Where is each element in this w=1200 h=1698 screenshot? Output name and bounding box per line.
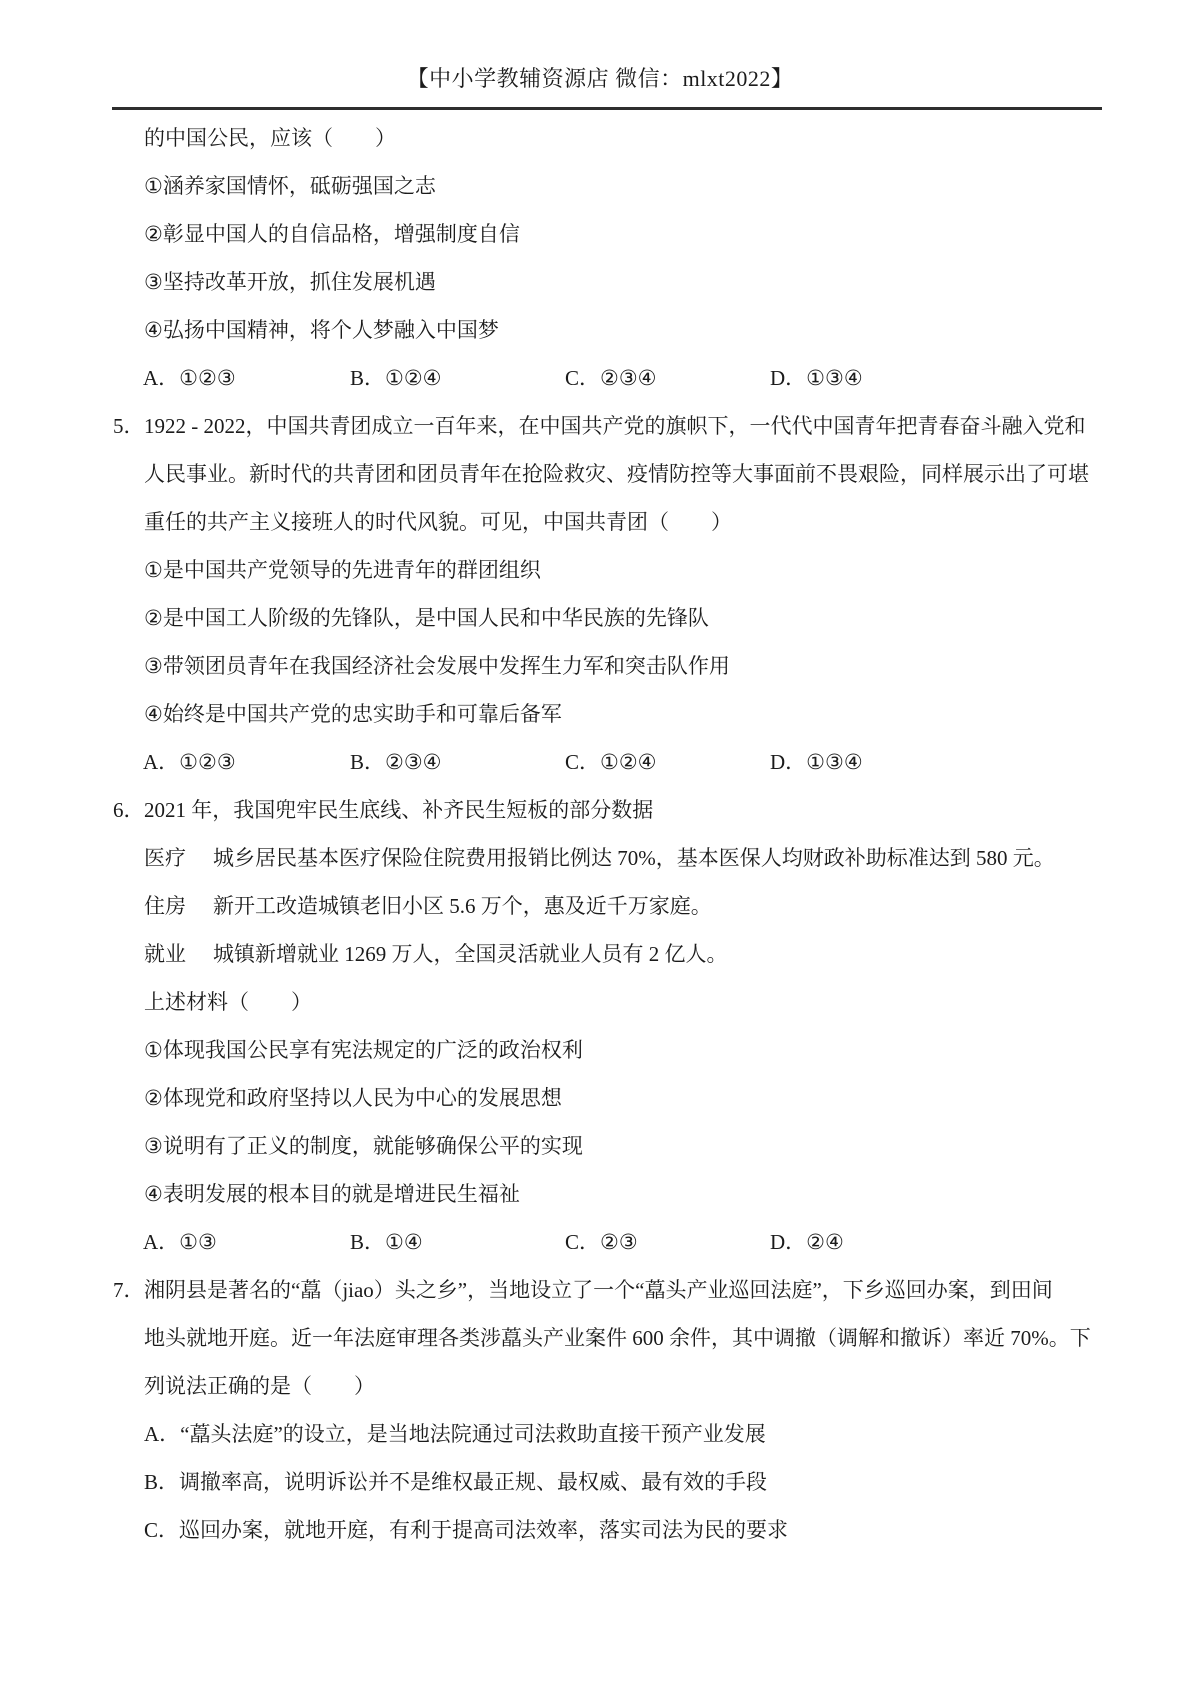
question-stem-text: 湘阴县是著名的“藠（jiao）头之乡”，当地设立了一个“藠头产业巡回法庭”，下乡… bbox=[144, 1278, 1053, 1302]
option-d: D．①③④ bbox=[770, 738, 863, 786]
option-line-c: C．巡回办案，就地开庭，有利于提高司法效率，落实司法为民的要求 bbox=[0, 1506, 1200, 1554]
data-row-label: 医疗 bbox=[144, 834, 213, 882]
statement-item-3: ③坚持改革开放，抓住发展机遇 bbox=[0, 258, 1200, 306]
question-4-continuation: 的中国公民，应该（ ） ①涵养家国情怀，砥砺强国之志 ②彰显中国人的自信品格，增… bbox=[0, 114, 1200, 402]
options-row: A．①③B．①④C．②③D．②④ bbox=[0, 1218, 1200, 1266]
question-stem-line: 的中国公民，应该（ ） bbox=[0, 114, 1200, 162]
options-row: A．①②③B．②③④C．①②④D．①③④ bbox=[0, 738, 1200, 786]
statement-item-1: ①是中国共产党领导的先进青年的群团组织 bbox=[0, 546, 1200, 594]
options-row: A．①②③B．①②④C．②③④D．①③④ bbox=[0, 354, 1200, 402]
question-6: 6．2021 年，我国兜牢民生底线、补齐民生短板的部分数据 医疗城乡居民基本医疗… bbox=[0, 786, 1200, 1266]
question-stem-line: 5．1922 - 2022，中国共青团成立一百年来，在中国共产党的旗帜下，一代代… bbox=[0, 402, 1200, 450]
data-row-label: 就业 bbox=[144, 930, 213, 978]
option-line-a: A．“藠头法庭”的设立，是当地法院通过司法救助直接干预产业发展 bbox=[0, 1410, 1200, 1458]
data-row-medical: 医疗城乡居民基本医疗保险住院费用报销比例达 70%，基本医保人均财政补助标准达到… bbox=[0, 834, 1200, 882]
option-a: A．①③ bbox=[143, 1218, 350, 1266]
header-credit: 【中小学教辅资源店 微信：mlxt2022】 bbox=[0, 0, 1200, 94]
data-row-text: 城乡居民基本医疗保险住院费用报销比例达 70%，基本医保人均财政补助标准达到 5… bbox=[213, 846, 1055, 870]
option-d: D．②④ bbox=[770, 1218, 844, 1266]
option-a: A．①②③ bbox=[143, 738, 350, 786]
question-stem-line: 重任的共产主义接班人的时代风貌。可见，中国共青团（ ） bbox=[0, 498, 1200, 546]
question-stem-text: 2021 年，我国兜牢民生底线、补齐民生短板的部分数据 bbox=[144, 798, 653, 822]
question-stem-line: 列说法正确的是（ ） bbox=[0, 1362, 1200, 1410]
statement-item-2: ②彰显中国人的自信品格，增强制度自信 bbox=[0, 210, 1200, 258]
option-c: C．②③④ bbox=[565, 354, 770, 402]
option-d: D．①③④ bbox=[770, 354, 863, 402]
statement-item-4: ④弘扬中国精神，将个人梦融入中国梦 bbox=[0, 306, 1200, 354]
question-7: 7．湘阴县是著名的“藠（jiao）头之乡”，当地设立了一个“藠头产业巡回法庭”，… bbox=[0, 1266, 1200, 1554]
data-row-text: 城镇新增就业 1269 万人，全国灵活就业人员有 2 亿人。 bbox=[213, 942, 728, 966]
statement-item-4: ④始终是中国共产党的忠实助手和可靠后备军 bbox=[0, 690, 1200, 738]
statement-item-2: ②是中国工人阶级的先锋队，是中国人民和中华民族的先锋队 bbox=[0, 594, 1200, 642]
option-a: A．①②③ bbox=[143, 354, 350, 402]
option-c: C．②③ bbox=[565, 1218, 770, 1266]
question-stem-line: 6．2021 年，我国兜牢民生底线、补齐民生短板的部分数据 bbox=[0, 786, 1200, 834]
question-5: 5．1922 - 2022，中国共青团成立一百年来，在中国共产党的旗帜下，一代代… bbox=[0, 402, 1200, 786]
data-row-employment: 就业城镇新增就业 1269 万人，全国灵活就业人员有 2 亿人。 bbox=[0, 930, 1200, 978]
option-line-b: B．调撤率高，说明诉讼并不是维权最正规、最权威、最有效的手段 bbox=[0, 1458, 1200, 1506]
question-stem-text: 1922 - 2022，中国共青团成立一百年来，在中国共产党的旗帜下，一代代中国… bbox=[144, 414, 1086, 438]
exam-content: 的中国公民，应该（ ） ①涵养家国情怀，砥砺强国之志 ②彰显中国人的自信品格，增… bbox=[0, 110, 1200, 1554]
option-b: B．①②④ bbox=[350, 354, 565, 402]
question-stem-line: 7．湘阴县是著名的“藠（jiao）头之乡”，当地设立了一个“藠头产业巡回法庭”，… bbox=[0, 1266, 1200, 1314]
statement-item-4: ④表明发展的根本目的就是增进民生福祉 bbox=[0, 1170, 1200, 1218]
data-row-text: 新开工改造城镇老旧小区 5.6 万个，惠及近千万家庭。 bbox=[213, 894, 712, 918]
option-c: C．①②④ bbox=[565, 738, 770, 786]
question-number: 5． bbox=[113, 402, 144, 450]
data-row-label: 住房 bbox=[144, 882, 213, 930]
exam-paper-page: 【中小学教辅资源店 微信：mlxt2022】 的中国公民，应该（ ） ①涵养家国… bbox=[0, 0, 1200, 1698]
question-number: 6． bbox=[113, 786, 144, 834]
statement-item-3: ③带领团员青年在我国经济社会发展中发挥生力军和突击队作用 bbox=[0, 642, 1200, 690]
question-number: 7． bbox=[113, 1266, 144, 1314]
statement-item-2: ②体现党和政府坚持以人民为中心的发展思想 bbox=[0, 1074, 1200, 1122]
statement-item-3: ③说明有了正义的制度，就能够确保公平的实现 bbox=[0, 1122, 1200, 1170]
option-b: B．①④ bbox=[350, 1218, 565, 1266]
option-b: B．②③④ bbox=[350, 738, 565, 786]
statement-item-1: ①涵养家国情怀，砥砺强国之志 bbox=[0, 162, 1200, 210]
question-stem-line: 上述材料（ ） bbox=[0, 978, 1200, 1026]
question-stem-line: 地头就地开庭。近一年法庭审理各类涉藠头产业案件 600 余件，其中调撤（调解和撤… bbox=[0, 1314, 1200, 1362]
statement-item-1: ①体现我国公民享有宪法规定的广泛的政治权利 bbox=[0, 1026, 1200, 1074]
question-stem-line: 人民事业。新时代的共青团和团员青年在抢险救灾、疫情防控等大事面前不畏艰险，同样展… bbox=[0, 450, 1200, 498]
data-row-housing: 住房新开工改造城镇老旧小区 5.6 万个，惠及近千万家庭。 bbox=[0, 882, 1200, 930]
